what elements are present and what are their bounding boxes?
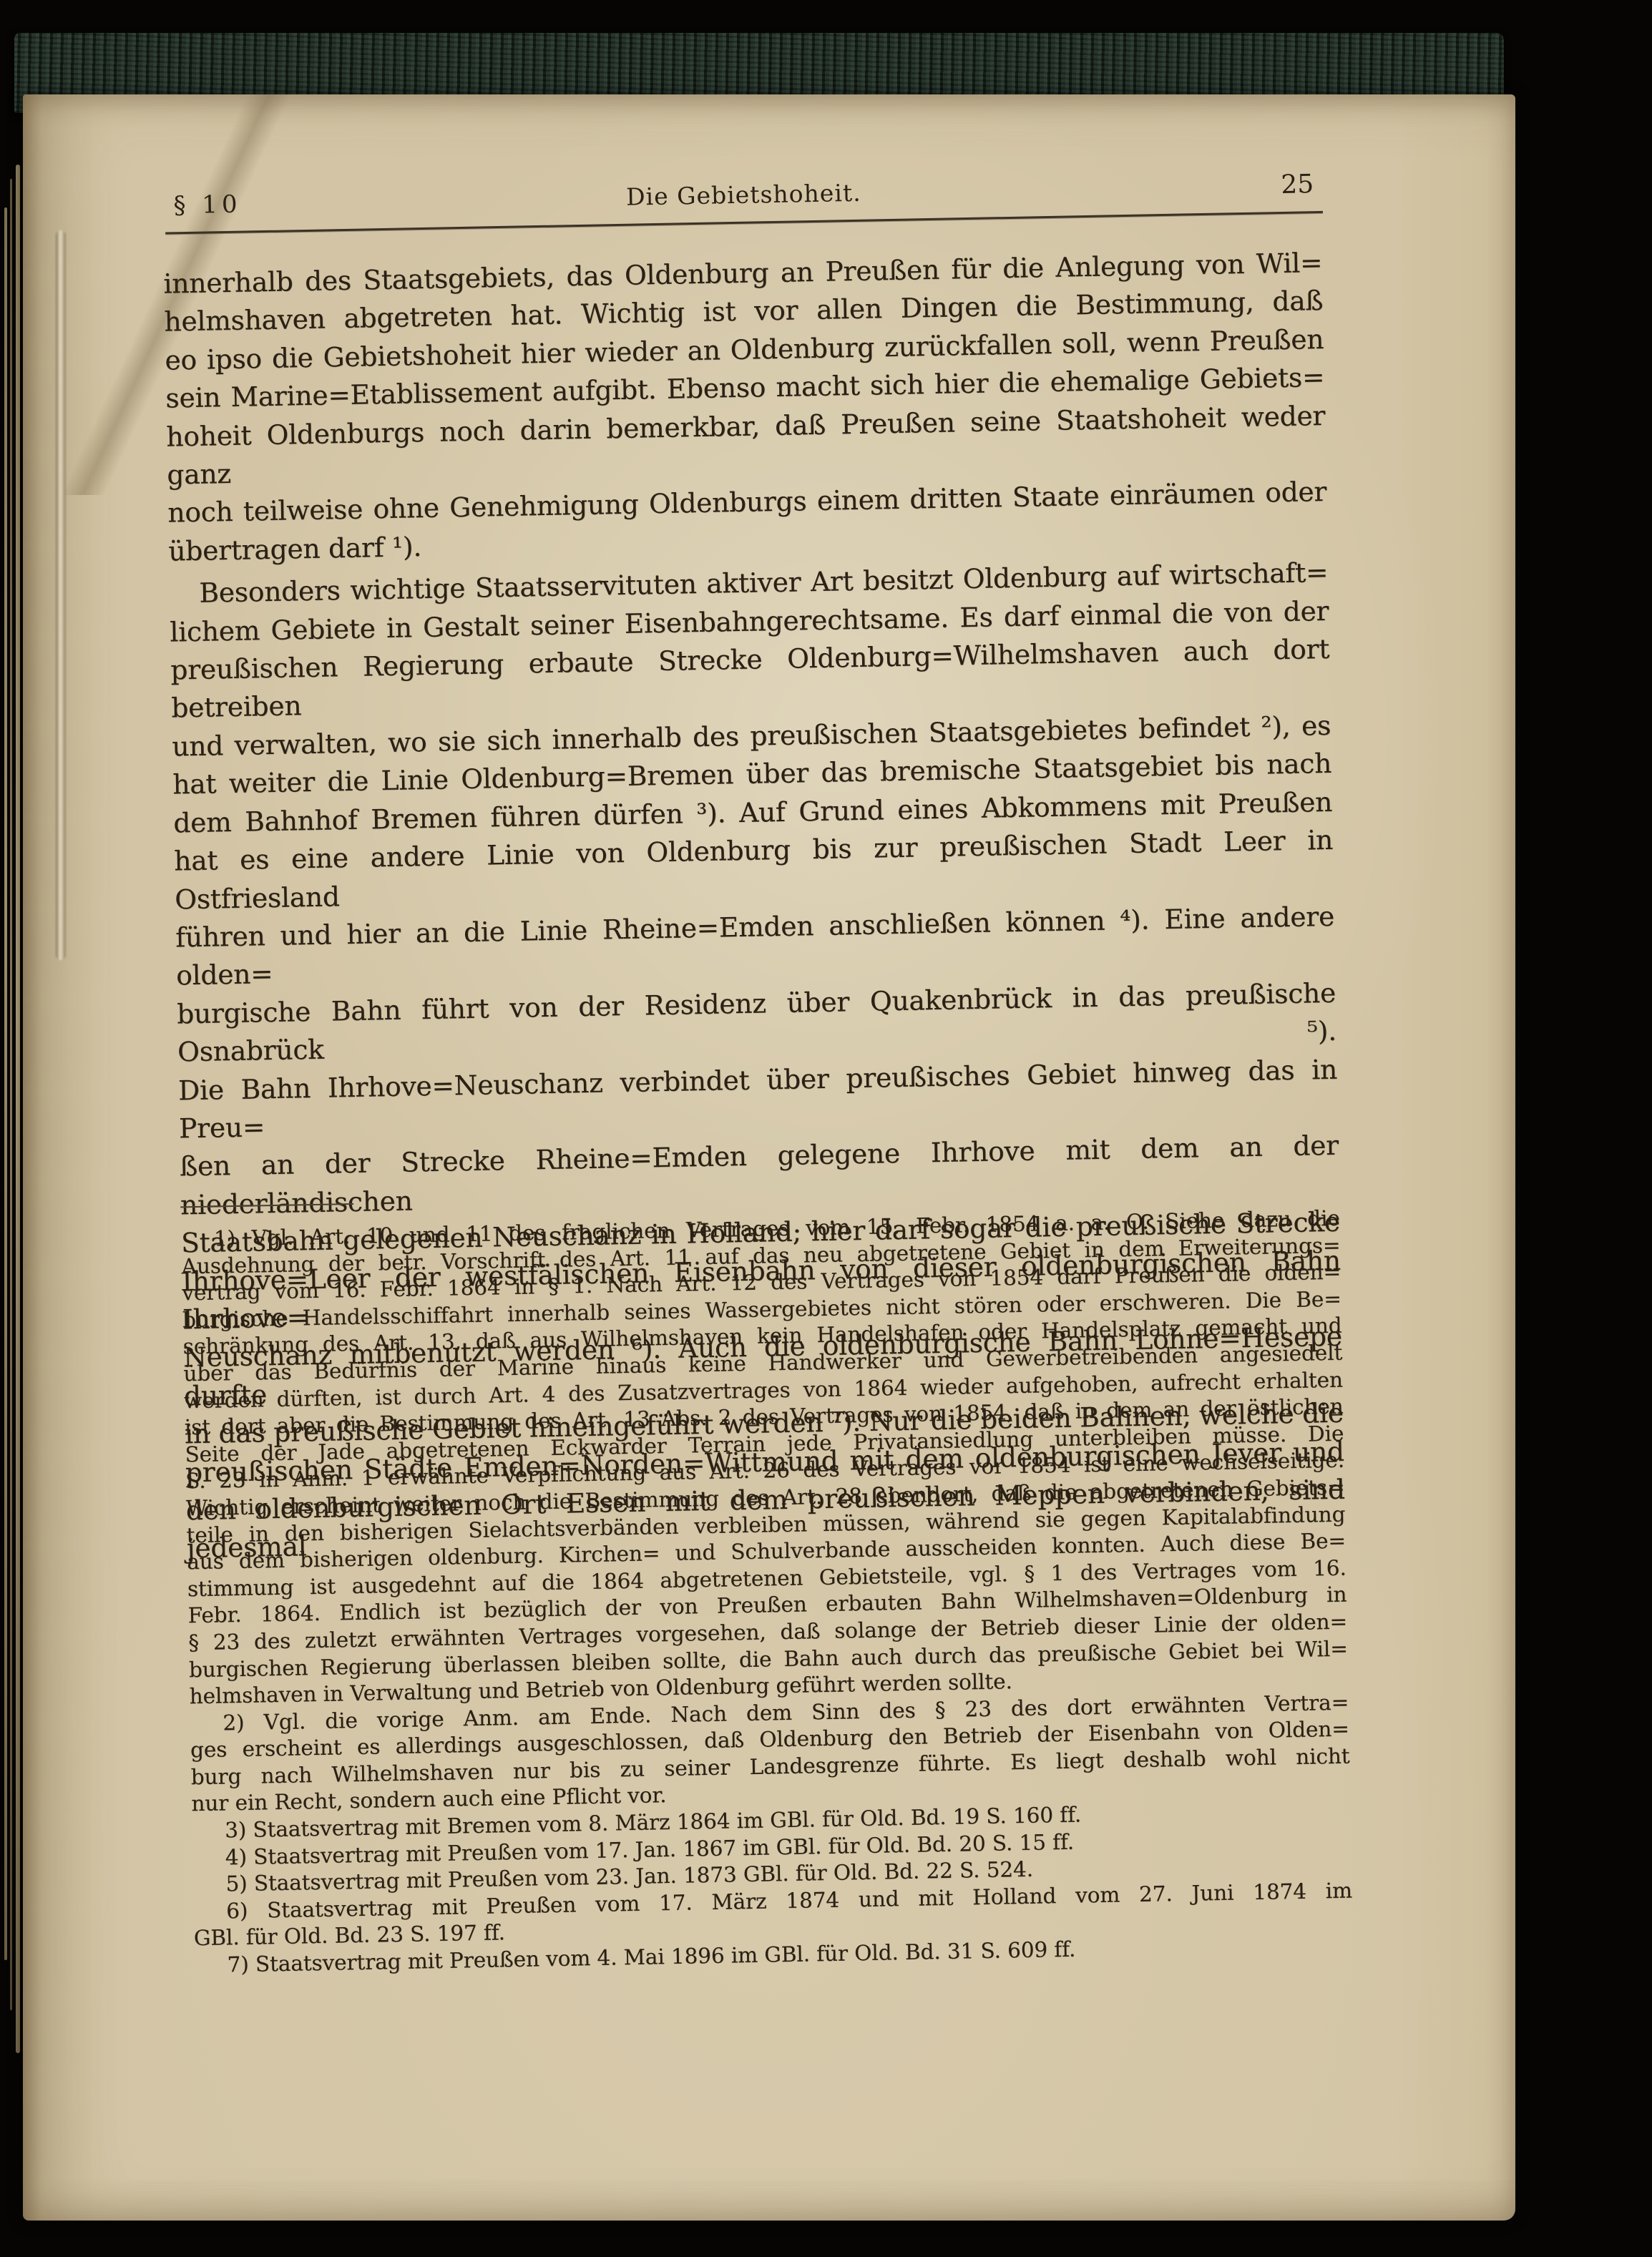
page-content: § 10 Die Gebietshoheit. 25 innerhalb des… (145, 170, 1358, 2165)
page-number: 25 (1163, 170, 1319, 202)
book-page: § 10 Die Gebietshoheit. 25 innerhalb des… (23, 94, 1515, 2221)
scanned-book-photo: { "colors":{ "backdrop":"#060504", "pape… (0, 0, 1652, 2257)
paragraph: innerhalb des Staatsgebiets, das Oldenbu… (163, 244, 1328, 571)
page-edge-streak (10, 179, 12, 2010)
footnote: 1) Vgl. Art. 10 und 11 des fraglichen Ve… (181, 1205, 1349, 1710)
section-mark: § 10 (145, 189, 324, 221)
page-edge-streak (4, 207, 7, 1960)
running-title: Die Gebietshoheit. (323, 173, 1164, 217)
footnote: 2) Vgl. die vorige Anm. am Ende. Nach de… (190, 1689, 1350, 1818)
footnotes: 1) Vgl. Art. 10 und 11 des fraglichen Ve… (181, 1205, 1354, 1979)
page-edge-streak (16, 165, 20, 2053)
